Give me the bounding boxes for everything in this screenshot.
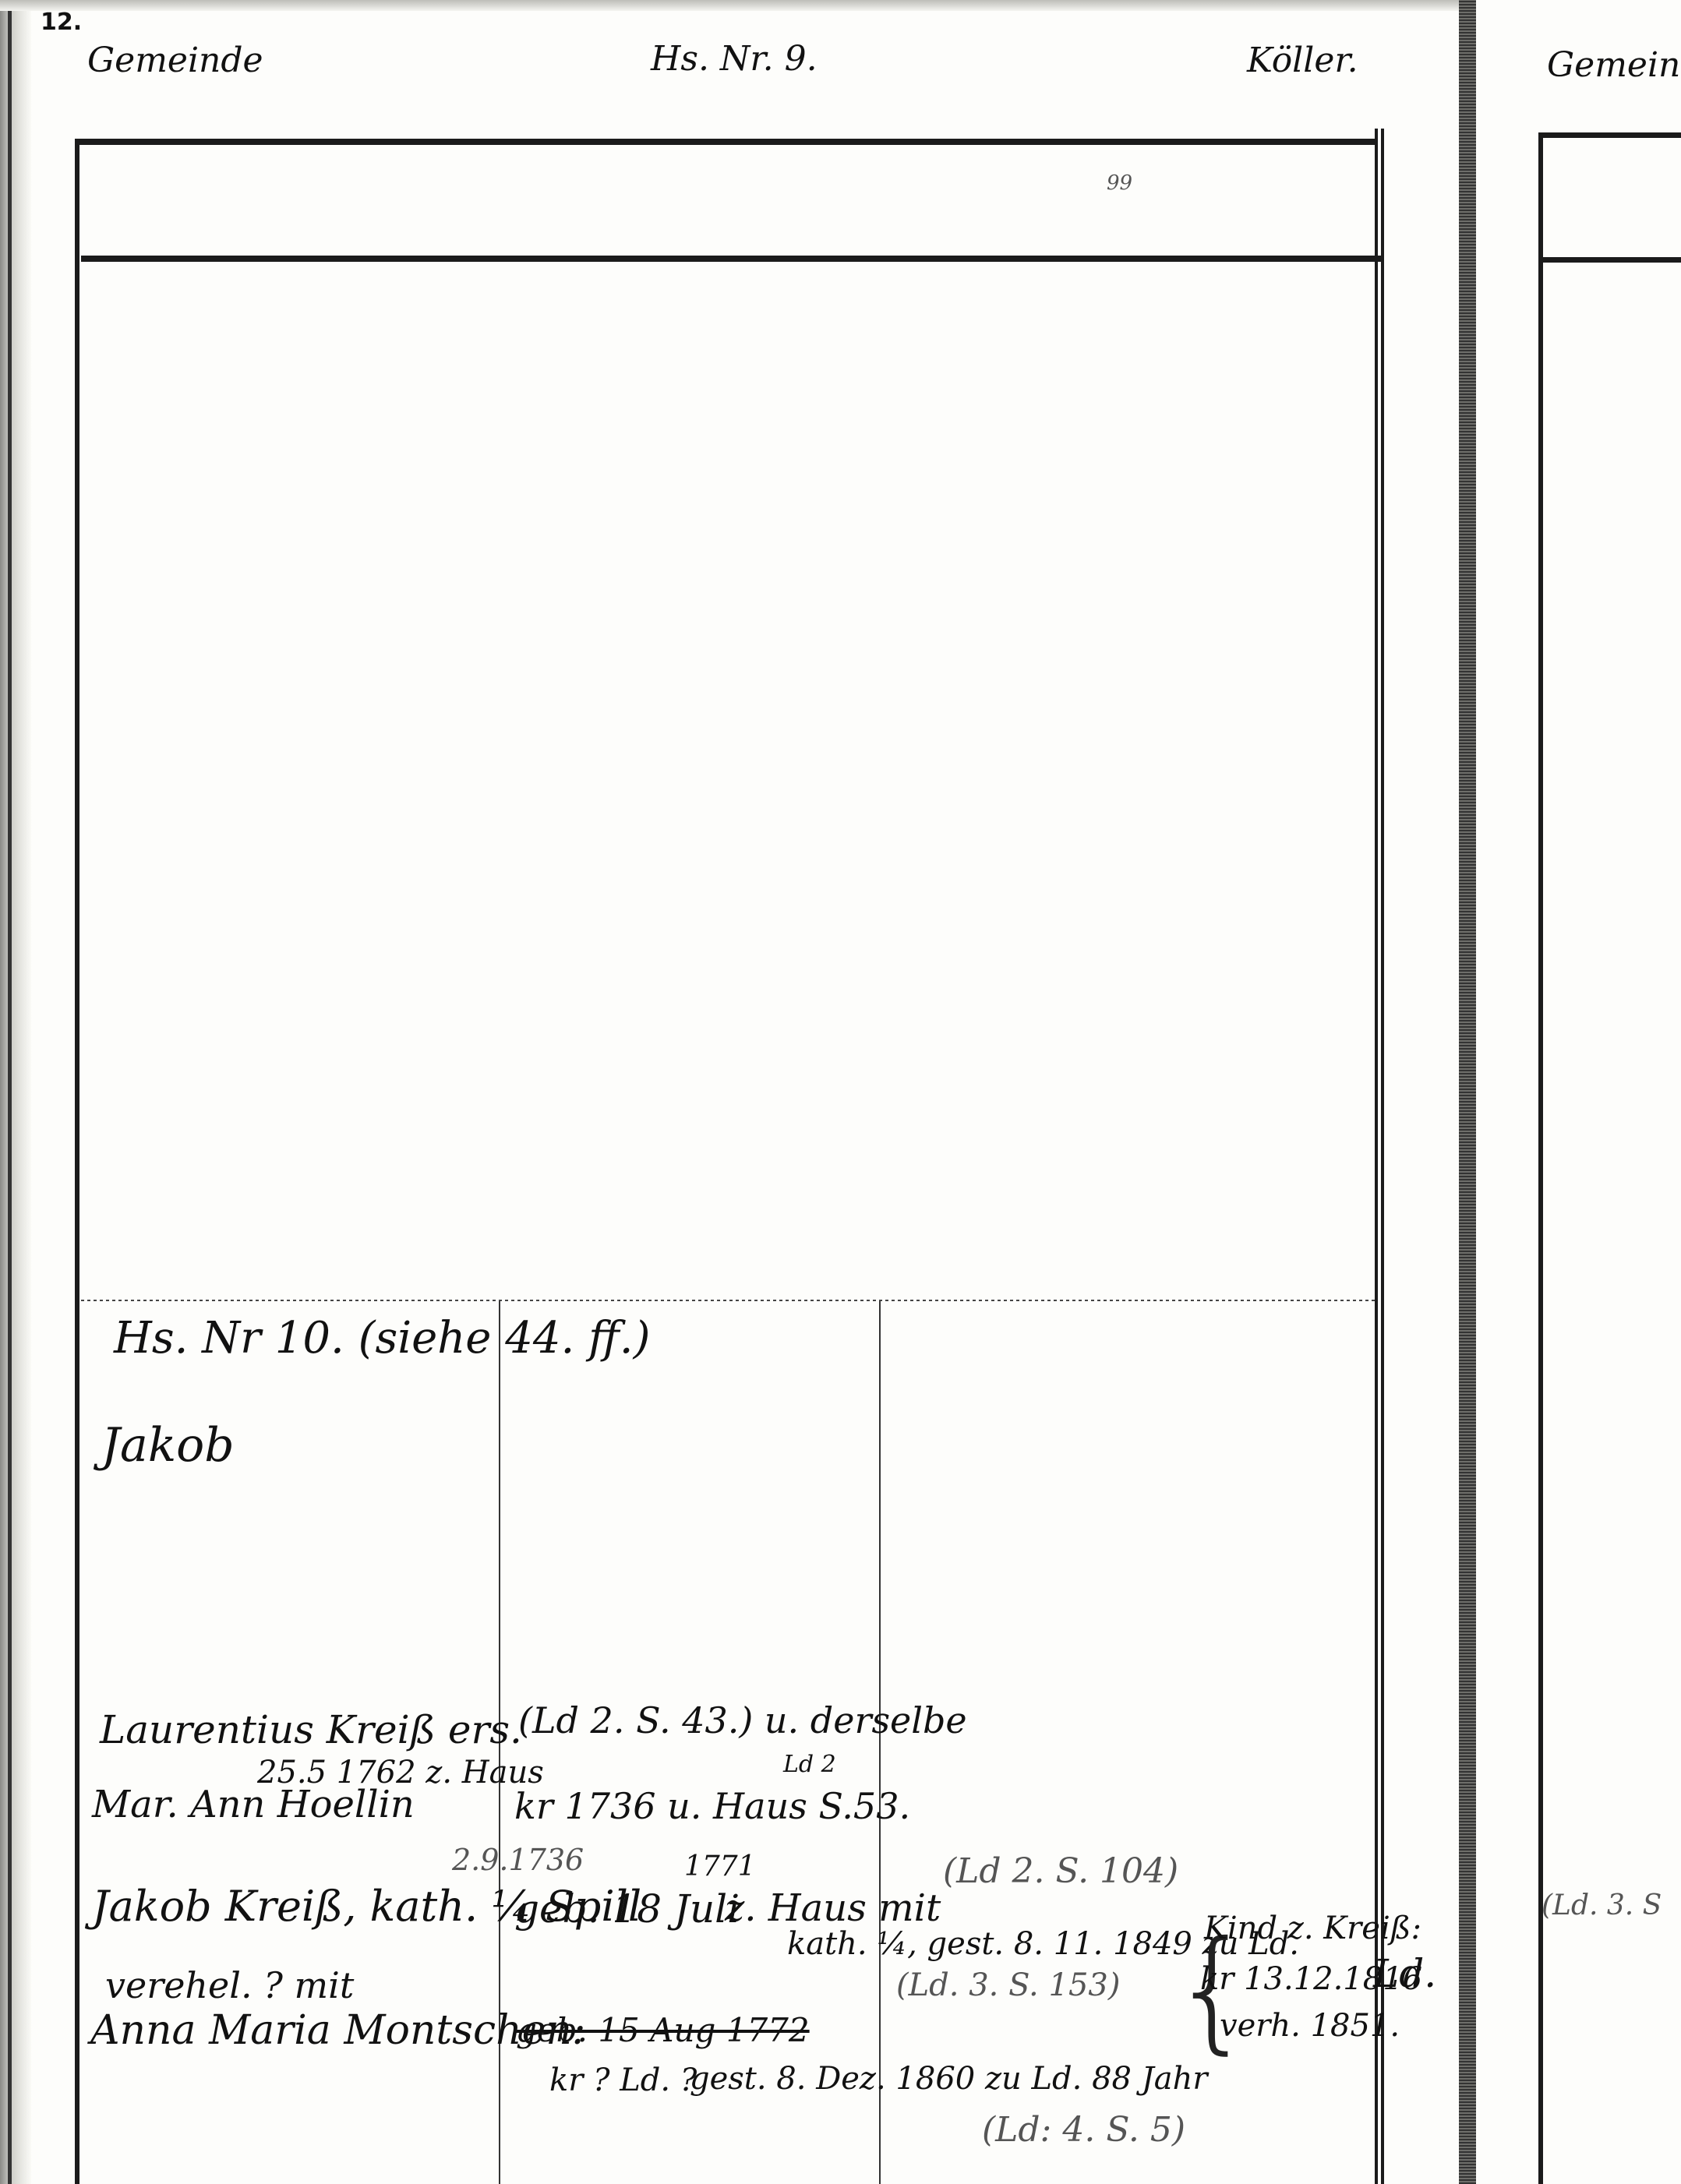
header-box-mark: 99 [1107, 173, 1132, 193]
header-gemeinde: Gemeinde [87, 44, 263, 78]
frame-top-rule [75, 139, 1378, 145]
record1-book-ref-above: Ld 2 [783, 1753, 836, 1776]
house-entry-name: Jakob [101, 1422, 235, 1469]
record2-line1-col2: geb. 18 Juli [514, 1889, 740, 1928]
header-house-number: Hs. Nr. 9. [651, 42, 818, 76]
frame-left-rule [75, 139, 79, 2184]
record2-year-above: 1771 [684, 1853, 756, 1881]
frame-right-rule-b [1381, 129, 1384, 2184]
frame-header-rule [81, 256, 1381, 262]
record2-book-ref-2: (Ld. 3. S. 153) [896, 1970, 1120, 2001]
record2-line5-col2: kr ? Ld. ? [549, 2065, 697, 2096]
record2-book-ref-3: (Ld: 4. S. 5) [982, 2113, 1185, 2147]
record2-line3-col1: verehel. ? mit [105, 1967, 354, 2003]
right-note-suffix: Ld. [1373, 1954, 1436, 1993]
record2-struck-birthdate: geb. 15 Aug 1772 [516, 2014, 810, 2047]
record2-book-ref-1: (Ld 2. S. 104) [943, 1854, 1178, 1889]
record1-line1-col2: (Ld 2. S. 43.) u. derselbe [518, 1702, 967, 1738]
next-page-frame-top [1538, 132, 1681, 138]
next-page-reference: (Ld. 3. S [1542, 1892, 1662, 1920]
book-spine [1459, 0, 1476, 2184]
record2-line5-rest: gest. 8. Dez. 1860 zu Ld. 88 Jahr [690, 2063, 1207, 2094]
header-owner: Köller. [1247, 44, 1358, 78]
page-number: 12. [41, 11, 82, 34]
right-note-line3: verh. 1851. [1220, 2010, 1400, 2041]
scan-left-edge [0, 0, 31, 2184]
record1-date-below: 2.9.1736 [452, 1845, 584, 1875]
next-page-frame-header [1538, 257, 1681, 263]
record1-line2-rest: kr 1736 u. Haus S.53. [514, 1788, 910, 1824]
right-note-line1: Kind z. Kreiß: [1204, 1913, 1421, 1944]
scan-top-edge [0, 0, 1465, 11]
record2-line4-col1: Anna Maria Montschen: [90, 2010, 585, 2051]
next-page-frame-left [1538, 132, 1543, 2184]
column-rule-2 [879, 1301, 881, 2184]
record1-line1-col1: Laurentius Kreiß ers. [100, 1710, 522, 1749]
frame-right-rule-a [1375, 129, 1378, 2184]
record1-line2-col1: Mar. Ann Hoellin [92, 1786, 415, 1823]
record2-line1-rest: z. Haus mit [725, 1889, 941, 1927]
section-divider [81, 1300, 1375, 1301]
house-entry-title: Hs. Nr 10. (siehe 44. ff.) [114, 1317, 650, 1360]
next-page-header-gemeinde: Gemeinde [1547, 48, 1681, 83]
